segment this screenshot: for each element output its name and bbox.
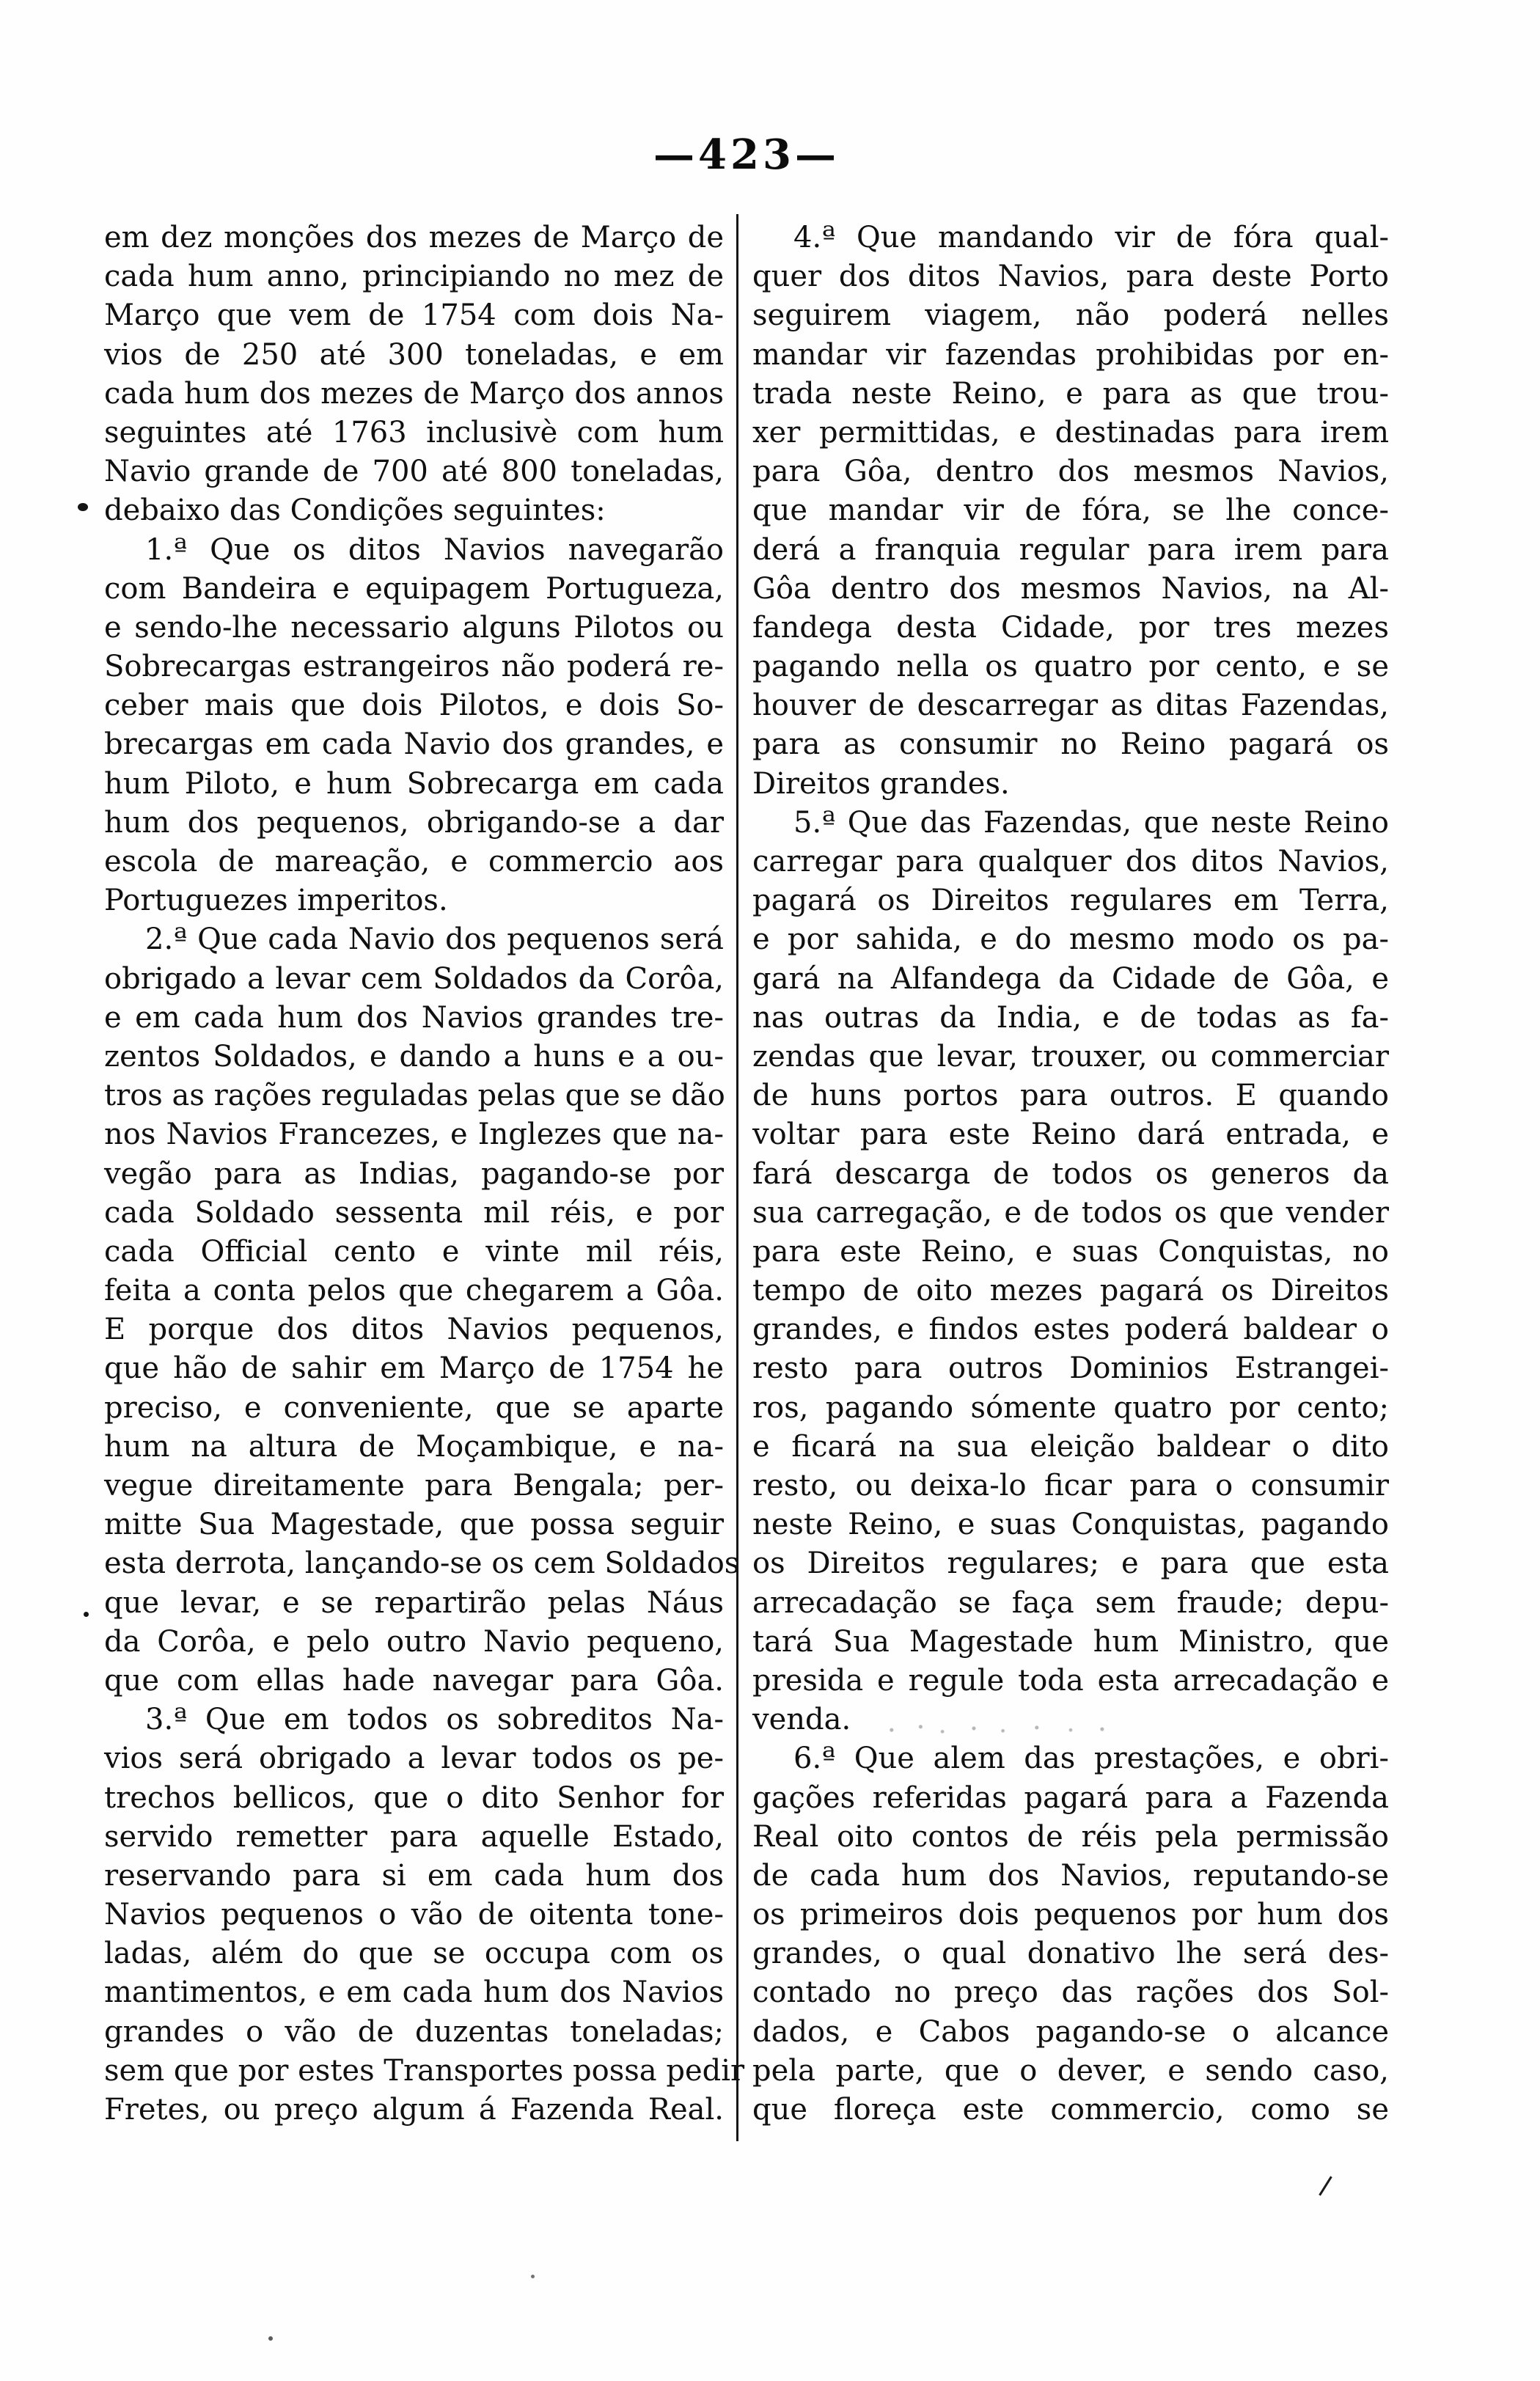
text-line: Direitos grandes. — [752, 765, 1389, 804]
text-line: mitte Sua Magestade, que possa seguir — [104, 1505, 724, 1544]
text-line: reservando para si em cada hum dos — [104, 1857, 724, 1896]
text-line: hum dos pequenos, obrigando-se a dar — [104, 804, 724, 843]
text-line: pela parte, que o dever, e sendo caso, — [752, 2052, 1389, 2091]
text-line: cada Official cento e vinte mil réis, — [104, 1233, 724, 1272]
text-line: hum Piloto, e hum Sobrecarga em cada — [104, 765, 724, 804]
text-line: resto, ou deixa-lo ficar para o consumir — [752, 1467, 1389, 1505]
text-line: feita a conta pelos que chegarem a Gôa. — [104, 1272, 724, 1310]
left-column: em dez monções dos mezes de Março decada… — [104, 219, 724, 2129]
text-line: Real oito contos de réis pela permissão — [752, 1818, 1389, 1857]
text-line: que hão de sahir em Março de 1754 he — [104, 1349, 724, 1388]
text-line: grandes, e findos estes poderá baldear o — [752, 1310, 1389, 1349]
text-line: de huns portos para outros. E quando — [752, 1076, 1389, 1115]
text-line: e em cada hum dos Navios grandes tre- — [104, 999, 724, 1038]
text-line: Portuguezes imperitos. — [104, 881, 724, 920]
page-number: —423— — [103, 131, 1390, 179]
text-line: grandes o vão de duzentas toneladas; — [104, 2013, 724, 2052]
text-line: dados, e Cabos pagando-se o alcance — [752, 2013, 1389, 2052]
text-line: pagando nella os quatro por cento, e se — [752, 647, 1389, 686]
text-line: 4.ª Que mandando vir de fóra qual- — [752, 219, 1389, 257]
text-line: hum na altura de Moçambique, e na- — [104, 1428, 724, 1467]
text-line: que levar, e se repartirão pelas Náus — [104, 1584, 724, 1623]
text-line: Navios pequenos o vão de oitenta tone- — [104, 1896, 724, 1934]
text-line: vegão para as Indias, pagando-se por — [104, 1155, 724, 1194]
text-line: cada hum dos mezes de Março dos annos — [104, 375, 724, 414]
text-line: seguirem viagem, não poderá nelles — [752, 296, 1389, 335]
text-line: fará descarga de todos os generos da — [752, 1155, 1389, 1194]
ink-speck — [84, 1612, 89, 1617]
text-line: quer dos ditos Navios, para deste Porto — [752, 257, 1389, 296]
text-line: para Gôa, dentro dos mesmos Navios, — [752, 452, 1389, 491]
text-line: contado no preço das rações dos Sol- — [752, 1973, 1389, 2012]
text-line: em dez monções dos mezes de Março de — [104, 219, 724, 257]
text-line: ceber mais que dois Pilotos, e dois So- — [104, 686, 724, 725]
text-line: Gôa dentro dos mesmos Navios, na Al- — [752, 570, 1389, 609]
text-line: brecargas em cada Navio dos grandes, e — [104, 725, 724, 764]
right-column: 4.ª Que mandando vir de fóra qual-quer d… — [752, 219, 1389, 2129]
text-line: mandar vir fazendas prohibidas por en- — [752, 336, 1389, 375]
text-line: tará Sua Magestade hum Ministro, que — [752, 1623, 1389, 1662]
text-line: vegue direitamente para Bengala; per- — [104, 1467, 724, 1505]
text-line: e sendo-lhe necessario alguns Pilotos ou — [104, 609, 724, 647]
text-line: 6.ª Que alem das prestações, e obri- — [752, 1739, 1389, 1778]
text-line: zentos Soldados, e dando a huns e a ou- — [104, 1038, 724, 1076]
text-line: voltar para este Reino dará entrada, e — [752, 1115, 1389, 1154]
text-line: os primeiros dois pequenos por hum dos — [752, 1896, 1389, 1934]
text-line: preciso, e conveniente, que se aparte — [104, 1389, 724, 1428]
text-line: neste Reino, e suas Conquistas, pagando — [752, 1505, 1389, 1544]
text-line: resto para outros Dominios Estrangei- — [752, 1349, 1389, 1388]
text-line: trechos bellicos, que o dito Senhor for — [104, 1779, 724, 1818]
text-line: debaixo das Condições seguintes: — [104, 491, 724, 530]
text-line: vios será obrigado a levar todos os pe- — [104, 1739, 724, 1778]
text-line: 1.ª Que os ditos Navios navegarão — [104, 531, 724, 570]
text-line: e por sahida, e do mesmo modo os pa- — [752, 920, 1389, 959]
text-line: seguintes até 1763 inclusivè com hum — [104, 414, 724, 452]
text-line: para as consumir no Reino pagará os — [752, 725, 1389, 764]
text-line: gará na Alfandega da Cidade de Gôa, e — [752, 960, 1389, 999]
text-line: Sobrecargas estrangeiros não poderá re- — [104, 647, 724, 686]
text-line: E porque dos ditos Navios pequenos, — [104, 1310, 724, 1349]
text-line: gações referidas pagará para a Fazenda — [752, 1779, 1389, 1818]
text-line: grandes, o qual donativo lhe será des- — [752, 1934, 1389, 1973]
text-line: pagará os Direitos regulares em Terra, — [752, 881, 1389, 920]
text-line: com Bandeira e equipagem Portugueza, — [104, 570, 724, 609]
text-line: sem que por estes Transportes possa pedi… — [104, 2052, 724, 2091]
text-line: obrigado a levar cem Soldados da Corôa, — [104, 960, 724, 999]
text-line: houver de descarregar as ditas Fazendas, — [752, 686, 1389, 725]
book-page: —423— em dez monções dos mezes de Março … — [0, 0, 1540, 2381]
text-line: tros as rações reguladas pelas que se dã… — [104, 1076, 724, 1115]
ink-speck — [78, 503, 88, 511]
text-line: Fretes, ou preço algum á Fazenda Real. — [104, 2091, 724, 2129]
text-line: nos Navios Francezes, e Inglezes que na- — [104, 1115, 724, 1154]
text-line: trada neste Reino, e para as que trou- — [752, 375, 1389, 414]
text-line: fandega desta Cidade, por tres mezes — [752, 609, 1389, 647]
text-line: 2.ª Que cada Navio dos pequenos será — [104, 920, 724, 959]
text-line: que com ellas hade navegar para Gôa. — [104, 1662, 724, 1701]
text-line: cada hum anno, principiando no mez de — [104, 257, 724, 296]
text-line: arrecadação se faça sem fraude; depu- — [752, 1584, 1389, 1623]
text-line: mantimentos, e em cada hum dos Navios — [104, 1973, 724, 2012]
text-line: ladas, além do que se occupa com os — [104, 1934, 724, 1973]
text-line: tempo de oito mezes pagará os Direitos — [752, 1272, 1389, 1310]
ink-speck — [531, 2275, 535, 2278]
text-line: ros, pagando sómente quatro por cento; — [752, 1389, 1389, 1428]
text-line: 5.ª Que das Fazendas, que neste Reino — [752, 804, 1389, 843]
text-line: presida e regule toda esta arrecadação e — [752, 1662, 1389, 1701]
text-line: da Corôa, e pelo outro Navio pequeno, — [104, 1623, 724, 1662]
text-line: vios de 250 até 300 toneladas, e em — [104, 336, 724, 375]
text-line: que mandar vir de fóra, se lhe conce- — [752, 491, 1389, 530]
text-line: para este Reino, e suas Conquistas, no — [752, 1233, 1389, 1272]
text-line: nas outras da India, e de todas as fa- — [752, 999, 1389, 1038]
text-line: derá a franquia regular para irem para — [752, 531, 1389, 570]
text-line: e ficará na sua eleição baldear o dito — [752, 1428, 1389, 1467]
column-divider — [736, 214, 738, 2141]
text-line: carregar para qualquer dos ditos Navios, — [752, 843, 1389, 881]
text-line: zendas que levar, trouxer, ou commerciar — [752, 1038, 1389, 1076]
text-line: Março que vem de 1754 com dois Na- — [104, 296, 724, 335]
text-line: Navio grande de 700 até 800 toneladas, — [104, 452, 724, 491]
ink-speck — [268, 2336, 273, 2341]
text-line: xer permittidas, e destinadas para irem — [752, 414, 1389, 452]
text-line: cada Soldado sessenta mil réis, e por — [104, 1194, 724, 1233]
text-line: escola de mareação, e commercio aos — [104, 843, 724, 881]
text-line: sua carregação, e de todos os que vender — [752, 1194, 1389, 1233]
ink-stroke — [1319, 2176, 1332, 2195]
text-line: esta derrota, lançando-se os cem Soldado… — [104, 1544, 724, 1583]
text-line: servido remetter para aquelle Estado, — [104, 1818, 724, 1857]
text-line: de cada hum dos Navios, reputando-se — [752, 1857, 1389, 1896]
text-line: os Direitos regulares; e para que esta — [752, 1544, 1389, 1583]
text-line: 3.ª Que em todos os sobreditos Na- — [104, 1701, 724, 1739]
text-line: que floreça este commercio, como se — [752, 2091, 1389, 2129]
ink-smudge — [877, 1720, 1119, 1736]
